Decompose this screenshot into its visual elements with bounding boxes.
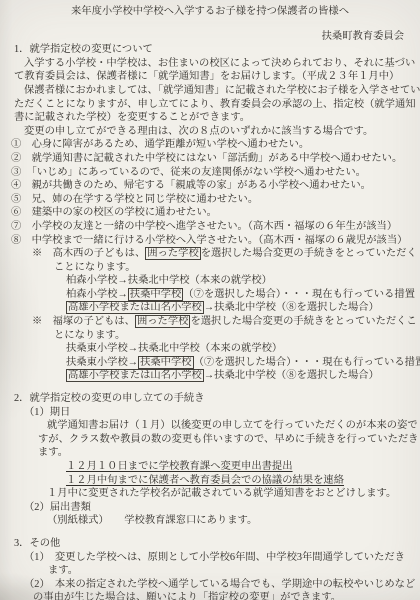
text-run: ことになります。 (54, 262, 136, 273)
other-item-2-cont: の事由が生じた場合は、願いにより「指定校の変更」ができます。 (0, 591, 420, 600)
reason-item-3: ③ 「いじめ」にあっているので、従来の友達関係がない学校へ通わせたい。 (0, 166, 420, 180)
boxed-school-text: 高雄小学校または山名小学校 (66, 301, 204, 314)
spacer (0, 19, 420, 30)
text-run: １月中に変更された学校名が記載されている就学通知書をおとどけします。 (47, 488, 396, 499)
text-run: ④ 親が共働きのため、帰宅する「親戚等の家」がある小学校へ通わせたい。 (11, 180, 371, 191)
paragraph-line: ただくことになりますが、申し立てにより、教育委員会の承認の上、指定校（就学通知 (0, 98, 420, 112)
boxed-school-text: 扶桑中学校 (138, 356, 193, 369)
underlined-deadline-text: １２月中旬までに保護者へ教育委員会での協議の結果を連絡 (66, 475, 344, 486)
section-1-heading: 1．就学指定校の変更について (0, 43, 420, 57)
text-run: を選択した場合変更の手続きをとっていただく (201, 248, 417, 259)
text-run: 1．就学指定校の変更について (14, 44, 153, 55)
text-run: →扶桑北中学校（⑧を選択した場合） (204, 302, 379, 313)
text-run: 扶桑町教育委員会 (322, 31, 404, 42)
text-run: 柏森小学校→ (66, 289, 128, 300)
school-mapping: 高雄小学校または山名小学校→扶桑北中学校（⑧を選択した場合） (0, 369, 420, 383)
text-run: ③ 「いじめ」にあっているので、従来の友達関係がない学校へ通わせたい。 (11, 167, 366, 178)
note-takaginishi: ※ 高木西の子どもは、囲った学校を選択した場合変更の手続きをとっていただく (0, 247, 420, 261)
paragraph-line: 変更の申し立てができる理由は、次の８点のいずれかに該当する場合です。 (0, 125, 420, 139)
text-run: 保護者様におかれましては、「就学通知書」に記載された学校にお子様を入学させてい (24, 85, 420, 96)
text-run: ます。 (48, 565, 78, 576)
text-run: ※ 高木西の子どもは、 (32, 248, 145, 259)
paragraph-line: 就学通知書お届け（１月）以後変更の申し立てを行っていただくのが本来の姿で (0, 419, 420, 433)
paragraph-line: （別紙様式） 学校教育課窓口にあります。 (0, 514, 420, 528)
text-run: ⑧ 中学校まで一緒に行ける小学校へ入学させたい。（高木西・福塚の６歳児が該当） (11, 235, 407, 246)
deadline-1: １２月１０日までに学校教育課へ変更申出書提出 (0, 460, 420, 474)
boxed-school-text: 囲った学校 (135, 315, 190, 328)
text-run: （1）期日 (24, 407, 70, 418)
text-run: て教育委員会は、保護者様に「就学通知書」をお届けします。（平成２３年１月中） (14, 71, 399, 82)
reason-item-8: ⑧ 中学校まで一緒に行ける小学校へ入学させたい。（高木西・福塚の６歳児が該当） (0, 234, 420, 248)
text-run: 2．就学指定校の変更の申し立ての手続き (14, 393, 205, 404)
scanned-document-page: { "document": { "kind": "scanned-notice"… (0, 0, 420, 600)
reason-item-7: ⑦ 小学校の友達と一緒の中学校へ進学させたい。（高木西・福塚の６年生が該当） (0, 220, 420, 234)
text-run: ① 心身に障害があるため、通学距離が短い学校へ通わせたい。 (11, 139, 309, 150)
other-item-1: （1） 変更した学校へは、原則として小学校6年間、中学校3年間通学していただき (0, 551, 420, 565)
boxed-school-text: 扶桑中学校 (128, 288, 183, 301)
paragraph-line: て教育委員会は、保護者様に「就学通知書」をお届けします。（平成２３年１月中） (0, 70, 420, 84)
reason-item-4: ④ 親が共働きのため、帰宅する「親戚等の家」がある小学校へ通わせたい。 (0, 179, 420, 193)
school-mapping: 柏森小学校→扶桑北中学校（本来の就学校） (0, 274, 420, 288)
reason-item-2: ② 就学通知書に記載された中学校にはない「部活動」がある中学校へ通わせたい。 (0, 152, 420, 166)
paragraph-line: ます。 (0, 446, 420, 460)
section-3-heading: 3．その他 (0, 537, 420, 551)
text-run: ⑤ 兄、姉の在学する学校と同じ学校に通わせたい。 (11, 194, 258, 205)
section-2-heading: 2．就学指定校の変更の申し立ての手続き (0, 392, 420, 406)
text-run: 変更の申し立てができる理由は、次の８点のいずれかに該当する場合です。 (24, 126, 373, 137)
text-run: 扶桑東小学校→ (66, 357, 138, 368)
boxed-school-text: 囲った学校 (145, 247, 200, 260)
text-run: ⑦ 小学校の友達と一緒の中学校へ進学させたい。（高木西・福塚の６年生が該当） (11, 221, 397, 232)
reason-item-6: ⑥ 建築中の家の校区の学校に通わせたい。 (0, 206, 420, 220)
school-mapping: 扶桑東小学校→扶桑北中学校（本来の就学校） (0, 342, 420, 356)
text-run: 入学する小学校・中学校は、お住まいの校区によって決められており、それに基づい (24, 58, 415, 69)
text-run: 就学通知書お届け（１月）以後変更の申し立てを行っていただくのが本来の姿で (47, 420, 418, 431)
school-mapping: 扶桑東小学校→扶桑中学校（⑦を選択した場合）・・・現在も行っている措置 (0, 356, 420, 370)
spacer (0, 528, 420, 537)
doc-title: 来年度小学校中学校へ入学するお子様を持つ保護者の皆様へ (0, 5, 420, 19)
other-item-1-cont: ます。 (0, 564, 420, 578)
paragraph-line: 書に記載された学校）を変更することができます。 (0, 111, 420, 125)
text-run: とになります。 (54, 330, 125, 341)
deadline-2: １２月中旬までに保護者へ教育委員会での協議の結果を連絡 (0, 474, 420, 488)
school-mapping: 高雄小学校または山名小学校→扶桑北中学校（⑧を選択した場合） (0, 301, 420, 315)
text-run: （2）届出書類 (24, 502, 91, 513)
paragraph-line: 保護者様におかれましては、「就学通知書」に記載された学校にお子様を入学させてい (0, 84, 420, 98)
reason-item-5: ⑤ 兄、姉の在学する学校と同じ学校に通わせたい。 (0, 193, 420, 207)
note-fukatsuka: ※ 福塚の子どもは、囲った学校を選択した場合変更の手続きをとっていただくこ (0, 315, 420, 329)
subitem-heading: （1）期日 (0, 406, 420, 420)
text-run: （⑦を選択した場合）・・・現在も行っている措置 (183, 289, 415, 300)
text-run: ② 就学通知書に記載された中学校にはない「部活動」がある中学校へ通わせたい。 (11, 153, 402, 164)
text-run: （2） 本来の指定された学校へ通学している場合でも、学期途中の転校やいじめなど (24, 579, 415, 590)
paragraph-line: １月中に変更された学校名が記載されている就学通知書をおとどけします。 (0, 487, 420, 501)
text-run: 3．その他 (14, 538, 60, 549)
text-run: を選択した場合変更の手続きをとっていただくこ (190, 316, 416, 327)
boxed-school-text: 高雄小学校または山名小学校 (66, 369, 204, 382)
reason-item-1: ① 心身に障害があるため、通学距離が短い学校へ通わせたい。 (0, 138, 420, 152)
note-fukatsuka-cont: とになります。 (0, 329, 420, 343)
text-run: ます。 (38, 447, 68, 458)
note-takaginishi-cont: ことになります。 (0, 261, 420, 275)
spacer (0, 383, 420, 392)
subitem-heading: （2）届出書類 (0, 501, 420, 515)
issuer: 扶桑町教育委員会 (0, 30, 420, 44)
text-run: ⑥ 建築中の家の校区の学校に通わせたい。 (11, 207, 217, 218)
text-run: 扶桑東小学校→扶桑北中学校（本来の就学校） (66, 343, 282, 354)
school-mapping: 柏森小学校→扶桑中学校（⑦を選択した場合）・・・現在も行っている措置 (0, 288, 420, 302)
document-body: 来年度小学校中学校へ入学するお子様を持つ保護者の皆様へ扶桑町教育委員会1．就学指… (0, 0, 420, 600)
text-run: （1） 変更した学校へは、原則として小学校6年間、中学校3年間通学していただき (24, 552, 405, 563)
text-run: （別紙様式） 学校教育課窓口にあります。 (47, 515, 257, 526)
text-run: すが、クラス数や教員の数の変更も伴いますので、早めに手続きを行っていただき (38, 434, 418, 445)
text-run: の事由が生じた場合は、願いにより「指定校の変更」ができます。 (33, 592, 341, 600)
paragraph-line: すが、クラス数や教員の数の変更も伴いますので、早めに手続きを行っていただき (0, 433, 420, 447)
text-run: （⑦を選択した場合）・・・現在も行っている措置 (194, 357, 420, 368)
text-run: ただくことになりますが、申し立てにより、教育委員会の承認の上、指定校（就学通知 (14, 99, 416, 110)
text-run: →扶桑北中学校（⑧を選択した場合） (204, 370, 379, 381)
paragraph-line: 入学する小学校・中学校は、お住まいの校区によって決められており、それに基づい (0, 57, 420, 71)
text-run: 書に記載された学校）を変更することができます。 (14, 112, 250, 123)
other-item-2: （2） 本来の指定された学校へ通学している場合でも、学期途中の転校やいじめなど (0, 578, 420, 592)
text-run: 柏森小学校→扶桑北中学校（本来の就学校） (66, 275, 272, 286)
text-run: ※ 福塚の子どもは、 (32, 316, 135, 327)
underlined-deadline-text: １２月１０日までに学校教育課へ変更申出書提出 (66, 461, 293, 472)
text-run: 来年度小学校中学校へ入学するお子様を持つ保護者の皆様へ (71, 6, 349, 17)
